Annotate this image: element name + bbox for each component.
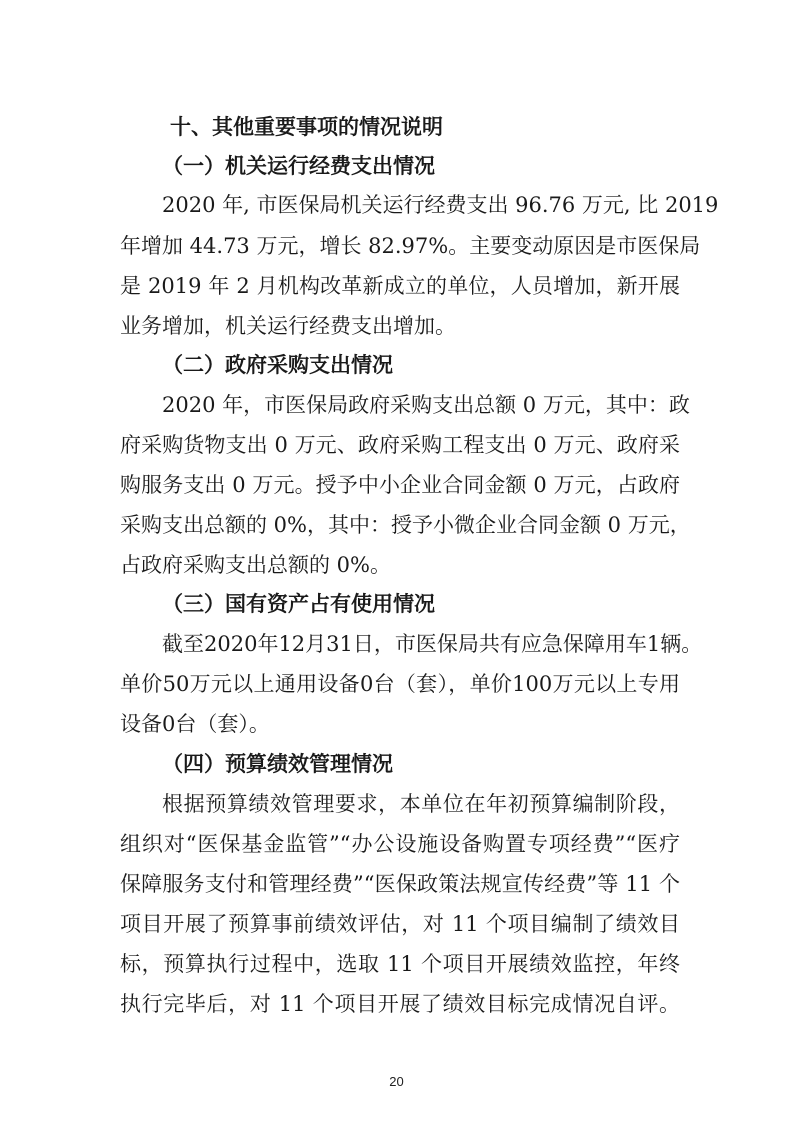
- section-heading-1: （一）机关运行经费支出情况: [162, 152, 435, 180]
- paragraph-line: 单价50万元以上通用设备0台（套），单价100万元以上专用: [120, 670, 680, 698]
- paragraph-line: 保障服务支付和管理经费”“医保政策法规宣传经费”等 11 个: [120, 870, 680, 898]
- paragraph-line: 购服务支出 0 万元。授予中小企业合同金额 0 万元，占政府: [120, 471, 680, 499]
- section-heading-4: （四）预算绩效管理情况: [162, 750, 393, 778]
- paragraph-line: 标，预算执行过程中，选取 11 个项目开展绩效监控，年终: [120, 950, 680, 978]
- paragraph-line: 设备0台（套）。: [120, 710, 680, 738]
- paragraph-line: 府采购货物支出 0 万元、政府采购工程支出 0 万元、政府采: [120, 431, 680, 459]
- section-heading-2: （二）政府采购支出情况: [162, 351, 393, 379]
- paragraph-line: 截至2020年12月31日，市医保局共有应急保障用车1辆。: [162, 630, 680, 658]
- paragraph-line: 占政府采购支出总额的 0%。: [120, 551, 680, 579]
- paragraph-line: 执行完毕后，对 11 个项目开展了绩效目标完成情况自评。: [120, 990, 680, 1018]
- section-heading-3: （三）国有资产占有使用情况: [162, 590, 435, 618]
- document-page: 十、其他重要事项的情况说明 （一）机关运行经费支出情况 2020 年, 市医保局…: [0, 0, 793, 1122]
- paragraph-line: 采购支出总额的 0%，其中：授予小微企业合同金额 0 万元，: [120, 511, 680, 539]
- paragraph-line: 组织对“医保基金监管”“办公设施设备购置专项经费”“医疗: [120, 830, 680, 858]
- page-number: 20: [0, 1074, 793, 1089]
- paragraph-line: 年增加 44.73 万元，增长 82.97%。主要变动原因是市医保局: [120, 232, 680, 260]
- paragraph-line: 根据预算绩效管理要求，本单位在年初预算编制阶段，: [162, 790, 680, 818]
- paragraph-line: 2020 年, 市医保局机关运行经费支出 96.76 万元, 比 2019: [162, 191, 680, 219]
- paragraph-line: 业务增加，机关运行经费支出增加。: [120, 312, 680, 340]
- section-main-heading: 十、其他重要事项的情况说明: [170, 113, 443, 141]
- paragraph-line: 是 2019 年 2 月机构改革新成立的单位，人员增加，新开展: [120, 272, 680, 300]
- paragraph-line: 2020 年，市医保局政府采购支出总额 0 万元，其中：政: [162, 391, 680, 419]
- paragraph-line: 项目开展了预算事前绩效评估，对 11 个项目编制了绩效目: [120, 910, 680, 938]
